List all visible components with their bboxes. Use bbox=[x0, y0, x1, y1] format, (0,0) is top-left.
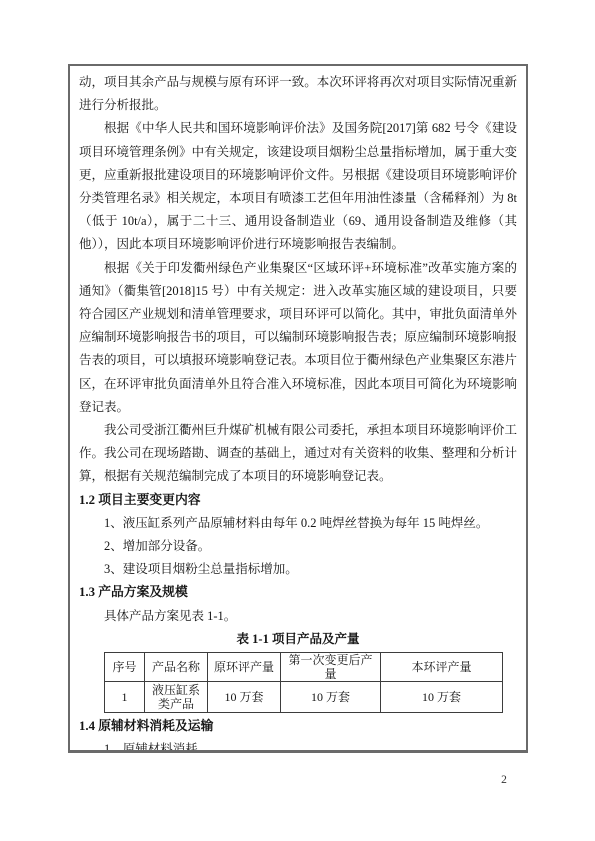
list-item: 3、建设项目烟粉尘总量指标增加。 bbox=[79, 558, 517, 581]
list-item: 1、原辅材料消耗 bbox=[79, 738, 517, 753]
list-item: 2、增加部分设备。 bbox=[79, 535, 517, 558]
cell-product-name: 液压缸系类产品 bbox=[145, 682, 208, 713]
paragraph: 根据《关于印发衢州绿色产业集聚区“区域环评+环境标准”改革实施方案的通知》（衢集… bbox=[79, 257, 517, 419]
paragraph: 根据《中华人民共和国环境影响评价法》及国务院[2017]第 682 号令《建设项… bbox=[79, 117, 517, 256]
section-heading-1-3: 1.3 产品方案及规模 bbox=[79, 581, 517, 604]
header-cell-seq: 序号 bbox=[105, 653, 145, 682]
cell-current-output: 10 万套 bbox=[381, 682, 503, 713]
document-page: 动，项目其余产品与规模与原有环评一致。本次环评将再次对项目实际情况重新进行分析报… bbox=[0, 0, 595, 841]
header-cell-current-output: 本环评产量 bbox=[381, 653, 503, 682]
paragraph: 我公司受浙江衢州巨升煤矿机械有限公司委托，承担本项目环境影响评价工作。我公司在现… bbox=[79, 419, 517, 489]
list-item: 具体产品方案见表 1-1。 bbox=[79, 605, 517, 628]
table-header-row: 序号 产品名称 原环评产量 第一次变更后产量 本环评产量 bbox=[105, 653, 503, 682]
products-table: 序号 产品名称 原环评产量 第一次变更后产量 本环评产量 1 液压缸系类产品 1… bbox=[104, 652, 503, 713]
cell-first-change-output: 10 万套 bbox=[281, 682, 381, 713]
cell-original-output: 10 万套 bbox=[208, 682, 281, 713]
list-item: 1、液压缸系列产品原辅材料由每年 0.2 吨焊丝替换为每年 15 吨焊丝。 bbox=[79, 512, 517, 535]
content-border-box: 动，项目其余产品与规模与原有环评一致。本次环评将再次对项目实际情况重新进行分析报… bbox=[68, 64, 528, 753]
section-heading-1-2: 1.2 项目主要变更内容 bbox=[79, 489, 517, 512]
header-cell-original-output: 原环评产量 bbox=[208, 653, 281, 682]
table-title: 表 1-1 项目产品及产量 bbox=[79, 628, 517, 651]
header-cell-product-name: 产品名称 bbox=[145, 653, 208, 682]
section-heading-1-4: 1.4 原辅材料消耗及运输 bbox=[79, 715, 517, 738]
header-cell-first-change-output: 第一次变更后产量 bbox=[281, 653, 381, 682]
table-row: 1 液压缸系类产品 10 万套 10 万套 10 万套 bbox=[105, 682, 503, 713]
cell-seq: 1 bbox=[105, 682, 145, 713]
paragraph-continuation: 动，项目其余产品与规模与原有环评一致。本次环评将再次对项目实际情况重新进行分析报… bbox=[79, 71, 517, 117]
page-number: 2 bbox=[494, 774, 514, 786]
